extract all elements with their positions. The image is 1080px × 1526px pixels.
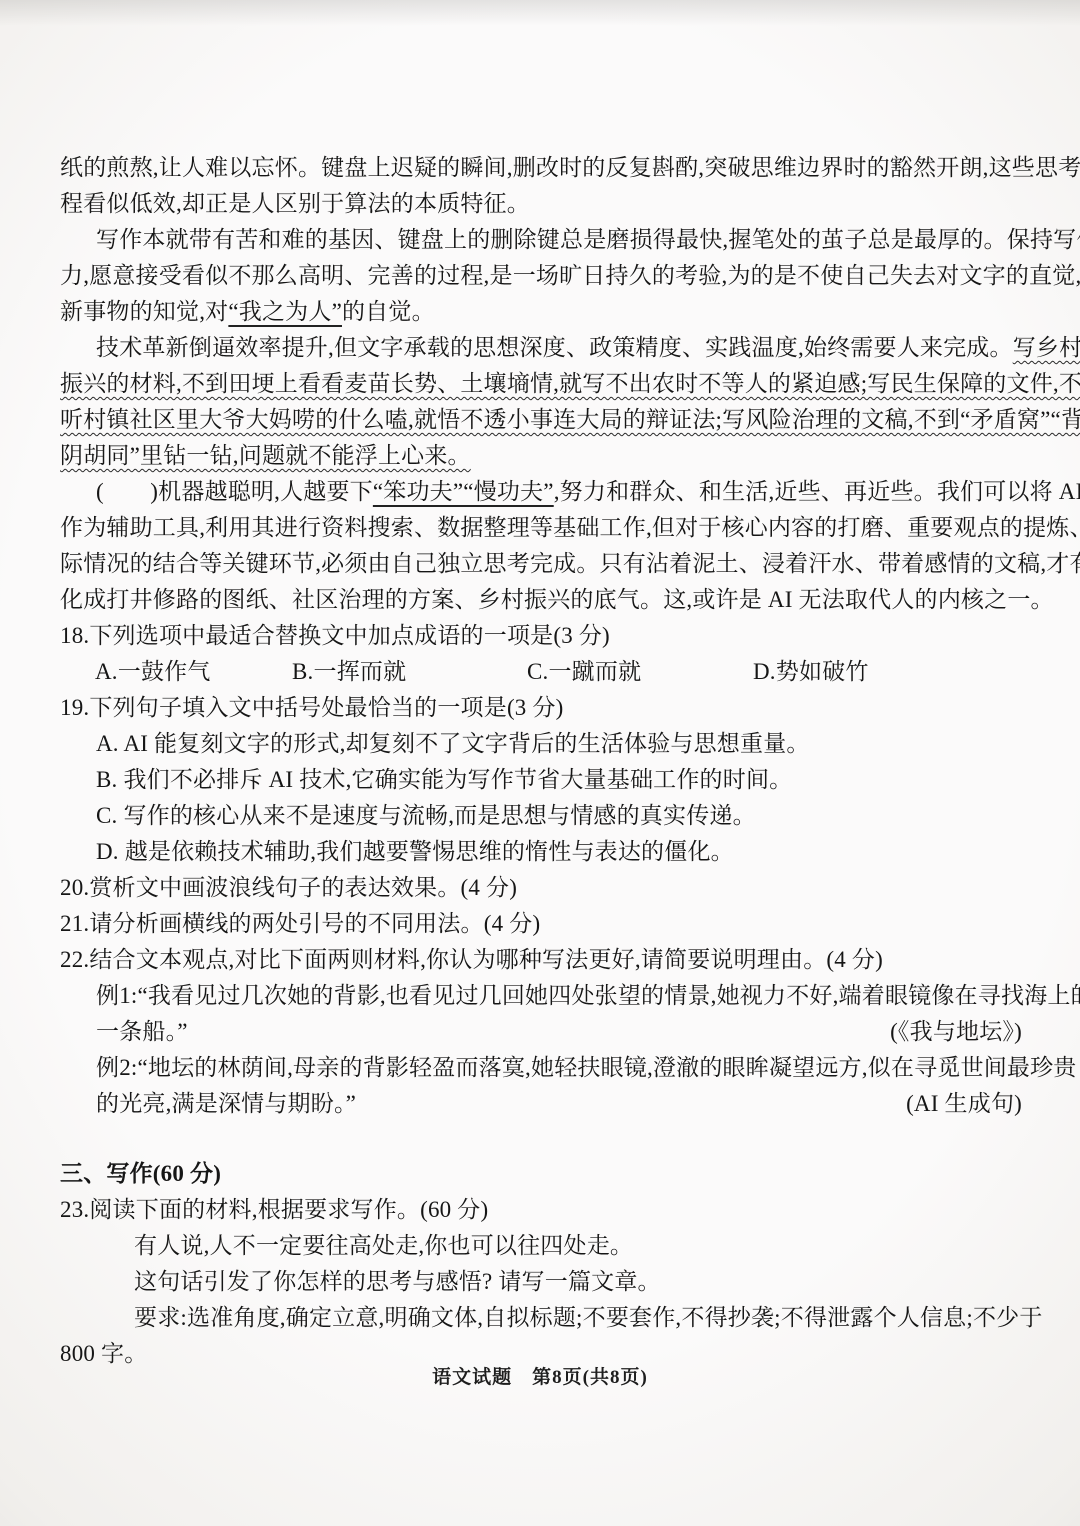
example-1-line: 例1:“我看见过几次她的背影,也看见过几回她四处张望的情景,她视力不好,端着眼镜… [60,978,1022,1014]
passage-text: 化成打井修路的图纸、社区治理的方案、乡村振兴的底气。这,或许是 AI 无法取代人… [60,587,1054,612]
passage-text: 写作本就带有苦和难的基因、键盘上的删除键总是磨损得最快,握笔处的茧子总是最厚的。… [96,227,1080,252]
option-b: B.一挥而就 [292,654,527,690]
passage-line: 写作本就带有苦和难的基因、键盘上的删除键总是磨损得最快,握笔处的茧子总是最厚的。… [60,222,1022,258]
material-text: 有人说,人不一定要往高处走,你也可以往四处走。 [134,1233,633,1258]
question-19-option-c: C. 写作的核心从来不是速度与流畅,而是思想与情感的真实传递。 [60,798,1022,834]
question-19-option-d: D. 越是依赖技术辅助,我们越要警惕思维的惰性与表达的僵化。 [60,834,1022,870]
passage-text: 作为辅助工具,利用其进行资料搜索、数据整理等基础工作,但对于核心内容的打磨、重要… [60,515,1080,540]
section-gap [60,1122,1022,1156]
passage-line: 程看似低效,却正是人区别于算法的本质特征。 [60,186,1022,222]
passage-text: 的自觉。 [342,299,435,324]
question-text: 22.结合文本观点,对比下面两则材料,你认为哪种写法更好,请简要说明理由。(4 … [60,947,883,972]
material-text: 这句话引发了你怎样的思考与感悟? 请写一篇文章。 [134,1269,661,1294]
passage-line: 听村镇社区里大爷大妈唠的什么嗑,就悟不透小事连大局的辩证法;写风险治理的文稿,不… [60,402,1022,438]
example-text: 例1:“我看见过几次她的背影,也看见过几回她四处张望的情景,她视力不好,端着眼镜… [96,983,1080,1008]
wavy-underline-text: 写乡村全面 [1013,335,1080,360]
page-footer: 语文试题 第8页(共8页) [0,1362,1080,1389]
option-d: D. 越是依赖技术辅助,我们越要警惕思维的惰性与表达的僵化。 [96,839,734,864]
passage-line: ( )机器越聪明,人越要下“笨功夫”“慢功夫”,努力和群众、和生活,近些、再近些… [60,474,1022,510]
question-19-option-a: A. AI 能复刻文字的形式,却复刻不了文字背后的生活体验与思想重量。 [60,726,1022,762]
option-d: D.势如破竹 [753,654,869,690]
wavy-underline-text: 阴胡同”里钻一钻,问题就不能浮上心来。 [60,443,471,468]
question-18-options: A.一鼓作气 B.一挥而就 C.一蹴而就 D.势如破竹 [60,654,1022,690]
example-2-line: 例2:“地坛的林荫间,母亲的背影轻盈而落寞,她轻扶眼镜,澄澈的眼眸凝望远方,似在… [60,1050,1022,1086]
example-2-source: (AI 生成句) [906,1086,1022,1122]
passage-line: 新事物的知觉,对“我之为人”的自觉。 [60,294,1022,330]
section-3-title: 三、写作(60 分) [60,1156,1022,1192]
material-line: 这句话引发了你怎样的思考与感悟? 请写一篇文章。 [60,1264,1022,1300]
option-a: A. AI 能复刻文字的形式,却复刻不了文字背后的生活体验与思想重量。 [96,731,810,756]
passage-text: 新事物的知觉,对 [60,299,228,324]
passage-line: 际情况的结合等关键环节,必须由自己独立思考完成。只有沾着泥土、浸着汗水、带着感情… [60,546,1022,582]
requirements-line: 要求:选准角度,确定立意,明确文体,自拟标题;不要套作,不得抄袭;不得泄露个人信… [60,1300,1022,1336]
question-text: 21.请分析画横线的两处引号的不同用法。(4 分) [60,911,540,936]
bracket-blank: ( )机器越聪明,人越要下 [96,479,373,504]
passage-line: 作为辅助工具,利用其进行资料搜索、数据整理等基础工作,但对于核心内容的打磨、重要… [60,510,1022,546]
wavy-underline-text: 振兴的材料,不到田埂上看看麦苗长势、土壤墒情,就写不出农时不等人的紧迫感;写民生… [60,371,1080,396]
passage-line: 力,愿意接受看似不那么高明、完善的过程,是一场旷日持久的考验,为的是不使自己失去… [60,258,1022,294]
example-text: 例2:“地坛的林荫间,母亲的背影轻盈而落寞,她轻扶眼镜,澄澈的眼眸凝望远方,似在… [96,1055,1077,1080]
passage-line: 阴胡同”里钻一钻,问题就不能浮上心来。 [60,438,1022,474]
passage-text: 程看似低效,却正是人区别于算法的本质特征。 [60,191,530,216]
passage-text: 际情况的结合等关键环节,必须由自己独立思考完成。只有沾着泥土、浸着汗水、带着感情… [60,551,1080,576]
passage-text: 纸的煎熬,让人难以忘怀。键盘上迟疑的瞬间,删改时的反复斟酌,突破思维边界时的豁然… [60,155,1080,180]
example-text: 一条船。” [96,1014,188,1050]
requirements-text: 要求:选准角度,确定立意,明确文体,自拟标题;不要套作,不得抄袭;不得泄露个人信… [134,1305,1043,1330]
example-1-source: (《我与地坛》) [890,1014,1022,1050]
question-21-stem: 21.请分析画横线的两处引号的不同用法。(4 分) [60,906,1022,942]
question-20-stem: 20.赏析文中画波浪线句子的表达效果。(4 分) [60,870,1022,906]
question-22-stem: 22.结合文本观点,对比下面两则材料,你认为哪种写法更好,请简要说明理由。(4 … [60,942,1022,978]
question-18-stem: 18.下列选项中最适合替换文中加点成语的一项是(3 分) [60,618,1022,654]
passage-text: 技术革新倒逼效率提升,但文字承载的思想深度、政策精度、实践温度,始终需要人来完成… [96,335,1013,360]
footer-text: 语文试题 第8页(共8页) [432,1367,648,1388]
material-line: 有人说,人不一定要往高处走,你也可以往四处走。 [60,1228,1022,1264]
passage-line: 技术革新倒逼效率提升,但文字承载的思想深度、政策精度、实践温度,始终需要人来完成… [60,330,1022,366]
question-19-stem: 19.下列句子填入文中括号处最恰当的一项是(3 分) [60,690,1022,726]
exam-content: 纸的煎熬,让人难以忘怀。键盘上迟疑的瞬间,删改时的反复斟酌,突破思维边界时的豁然… [60,150,1022,1372]
example-text: 的光亮,满是深情与期盼。” [96,1086,356,1122]
wavy-underline-text: 听村镇社区里大爷大妈唠的什么嗑,就悟不透小事连大局的辩证法;写风险治理的文稿,不… [60,407,1080,432]
option-a: A.一鼓作气 [95,654,292,690]
question-text: 23.阅读下面的材料,根据要求写作。(60 分) [60,1197,488,1222]
passage-line: 纸的煎熬,让人难以忘怀。键盘上迟疑的瞬间,删改时的反复斟酌,突破思维边界时的豁然… [60,150,1022,186]
example-1-line: 一条船。” (《我与地坛》) [60,1014,1022,1050]
option-c: C.一蹴而就 [527,654,753,690]
passage-line: 振兴的材料,不到田埂上看看麦苗长势、土壤墒情,就写不出农时不等人的紧迫感;写民生… [60,366,1022,402]
passage-text: ,努力和群众、和生活,近些、再近些。我们可以将 AI [554,479,1080,504]
option-b: B. 我们不必排斥 AI 技术,它确实能为写作节省大量基础工作的时间。 [96,767,792,792]
underlined-quote-1: “我之为人” [228,299,342,324]
question-text: 20.赏析文中画波浪线句子的表达效果。(4 分) [60,875,517,900]
example-2-line: 的光亮,满是深情与期盼。” (AI 生成句) [60,1086,1022,1122]
section-title-text: 三、写作(60 分) [60,1161,221,1186]
passage-text: 力,愿意接受看似不那么高明、完善的过程,是一场旷日持久的考验,为的是不使自己失去… [60,263,1080,288]
exam-page: 纸的煎熬,让人难以忘怀。键盘上迟疑的瞬间,删改时的反复斟酌,突破思维边界时的豁然… [0,0,1080,1526]
question-19-option-b: B. 我们不必排斥 AI 技术,它确实能为写作节省大量基础工作的时间。 [60,762,1022,798]
passage-line: 化成打井修路的图纸、社区治理的方案、乡村振兴的底气。这,或许是 AI 无法取代人… [60,582,1022,618]
option-c: C. 写作的核心从来不是速度与流畅,而是思想与情感的真实传递。 [96,803,756,828]
question-text: 19.下列句子填入文中括号处最恰当的一项是(3 分) [60,695,564,720]
question-text: 18.下列选项中最适合替换文中加点成语的一项是(3 分) [60,623,610,648]
question-23-stem: 23.阅读下面的材料,根据要求写作。(60 分) [60,1192,1022,1228]
underlined-quote-2: “笨功夫”“慢功夫” [373,479,554,504]
